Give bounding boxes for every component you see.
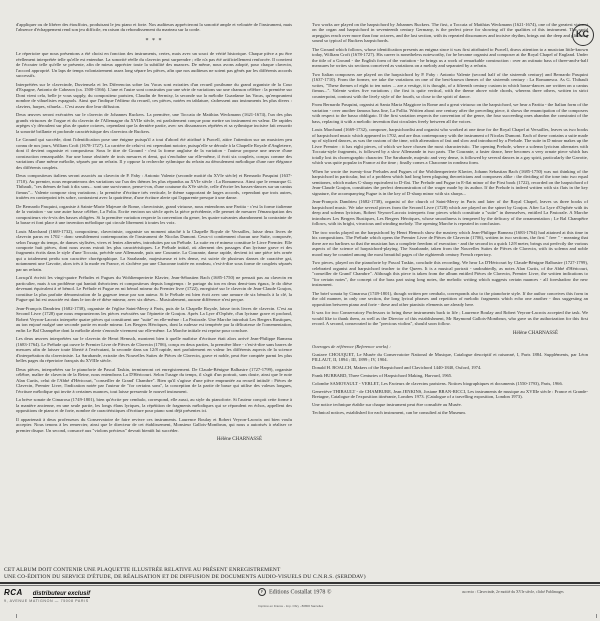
en-paragraph-4: From Bernardo Pasquini, organist at Sant… [312, 102, 588, 124]
references-section: Ouvrages de référence (Reference works) … [312, 344, 588, 415]
technical-note-fr: Une notice technique établie sur chaque … [312, 402, 588, 407]
en-paragraph-9: Two pieces, played on the pianoforte by … [312, 260, 588, 287]
edition-text: Editions Costallat 1978 © [269, 589, 331, 595]
english-notes-column: KC Two works are played on the harpsicho… [312, 22, 588, 418]
references-title: Ouvrages de référence (Reference works) … [312, 344, 588, 349]
crop-mark [596, 614, 597, 618]
section-separator: * * * [16, 39, 292, 44]
liner-notes-page: d'appliquer ou de libérer des étouffoirs… [0, 0, 600, 621]
en-paragraph-1: Two works are played on the harpsichord … [312, 22, 588, 44]
footer-divider-thin [0, 585, 600, 586]
en-paragraph-7: Jean-François Dandrieu (1682-1738), orga… [312, 199, 588, 226]
en-paragraph-5: Louis Marchand (1669-1732), composer, ha… [312, 127, 588, 165]
cover-credit: au recto : Clavecinde, 2e moitié du XVIe… [462, 590, 564, 594]
fr-paragraph-12: La brève sonate de Cimarosa (1749-1801),… [16, 397, 292, 413]
intro-paragraph: d'appliquer ou de libérer des étouffoirs… [16, 22, 292, 33]
fr-paragraph-1: Le répertoire que nous présentons a été … [16, 51, 292, 78]
french-notes-column: d'appliquer ou de libérer des étouffoirs… [16, 22, 292, 451]
reference-item: Gustave CHOUQUET, Le Musée du Conservato… [312, 352, 588, 363]
rca-distributor: RCA distributeur exclusif [4, 588, 90, 597]
en-paragraph-6: When he wrote the twenty-four Preludes a… [312, 169, 588, 196]
notice-line-2: UNE CO-ÉDITION DU SERVICE D'ÉTUDE, DE RÉ… [4, 574, 600, 581]
reference-item: Frank HUBBARD, Three Centuries of Harpsi… [312, 373, 588, 378]
notice-line-1: CET ALBUM DOIT CONTENIR UNE PLAQUETTE IL… [4, 567, 600, 574]
distributor-label: distributeur exclusif [33, 591, 90, 598]
reference-item: Geneviève THIBAULT - de CHAMBURE, Jean J… [312, 389, 588, 400]
en-paragraph-11: It was for two Conservatory Professors t… [312, 310, 588, 326]
fr-paragraph-5: Deux compositeurs italiens seront associ… [16, 173, 292, 200]
fr-paragraph-7: Louis Marchand (1669-1732), compositeur,… [16, 229, 292, 273]
fr-paragraph-10: Les deux œuvres interprétées sur le clav… [16, 336, 292, 363]
fr-paragraph-2: Interprétées sur le clavecinde, Duviense… [16, 82, 292, 109]
fr-paragraph-8: Lorsqu'il écrivit les vingt-quatre Prélu… [16, 275, 292, 302]
en-paragraph-3: Two Italian composers are played on the … [312, 72, 588, 99]
printer-credit: Imprimé en France - Imp. Obry - 80800 Sa… [258, 604, 323, 608]
fr-paragraph-3: Deux œuvres seront exécutées sur le clav… [16, 112, 292, 134]
reference-item: Donald H. BOALCH, Makers of the Harpsich… [312, 365, 588, 370]
en-paragraph-2: The Ground which follows, whose identifi… [312, 47, 588, 69]
fr-paragraph-9: Jean-François Dandrieu (1682-1738), orga… [16, 306, 292, 333]
distributor-address: 9, AVENUE MATIGNON — 75008 PARIS [4, 599, 89, 603]
kc-badge: KC [572, 24, 594, 46]
fr-paragraph-13: Il appartenait à deux professeurs du Con… [16, 417, 292, 433]
technical-note-en: Technical notices, established for each … [312, 410, 588, 415]
album-notice: CET ALBUM DOIT CONTENIR UNE PLAQUETTE IL… [4, 567, 600, 581]
crop-mark [16, 614, 17, 618]
phonogram-icon: P [258, 588, 266, 596]
edition-credit: PEditions Costallat 1978 © [258, 588, 331, 596]
reference-item: Colombe SAMOYAULT - VERLET, Les Facteurs… [312, 381, 588, 386]
fr-paragraph-4: Le Ground qui succède, dont l'identifica… [16, 137, 292, 170]
fr-paragraph-6: De Bernardo Pasquini, organiste à Sainte… [16, 204, 292, 226]
fr-paragraph-11: Deux pièces, interprétées sur le pianofo… [16, 367, 292, 394]
en-paragraph-10: The brief sonata by Cimarosa (1749-1801)… [312, 291, 588, 307]
footer-divider [0, 582, 600, 584]
en-paragraph-8: The two works played on the harpsichord … [312, 230, 588, 257]
author-signature-en: Hélène CHARNASSÉ [312, 331, 588, 336]
rca-logo: RCA [4, 588, 23, 597]
author-signature: Hélène CHARNASSÉ [16, 437, 292, 442]
